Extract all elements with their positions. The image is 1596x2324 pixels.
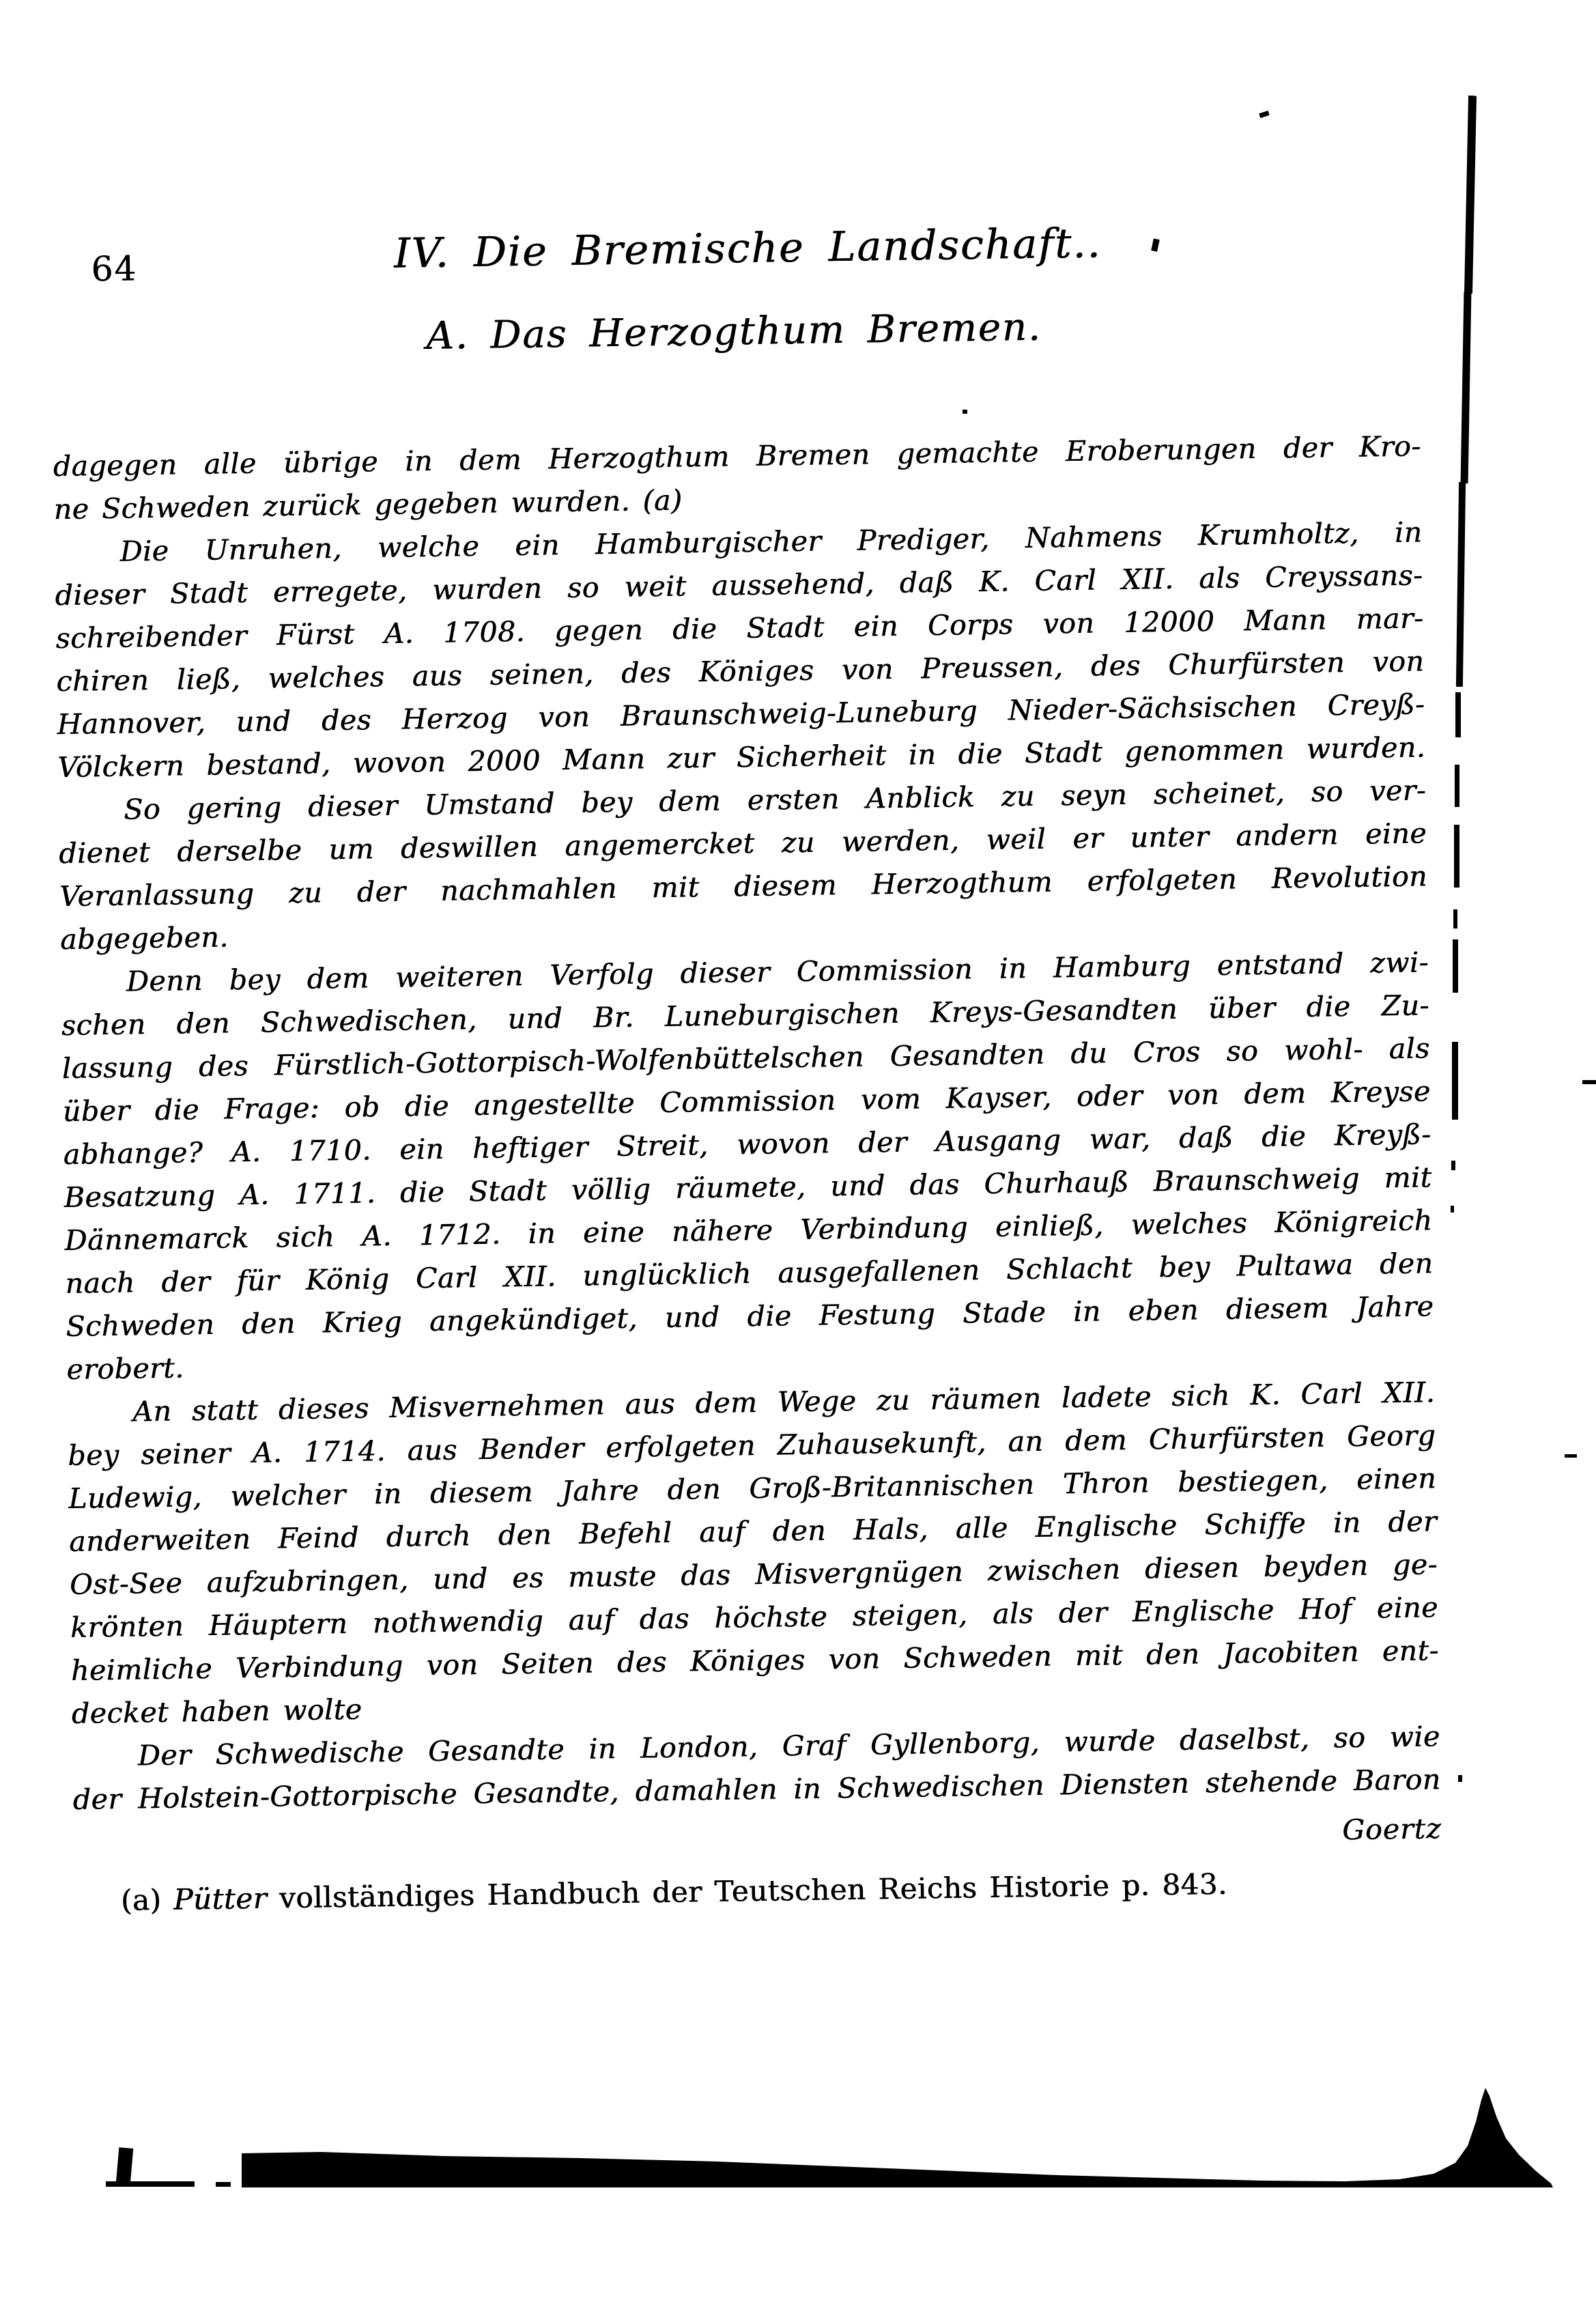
catchword: Goertz [73,1812,1441,1865]
section-title: A. Das Herzogthum Bremen. [51,300,1417,365]
page-content: 64 IV. Die Bremische Landschaft.. A. Das… [0,0,1596,2324]
footnote-text: vollständiges Handbuch der Teutschen Rei… [279,1867,1227,1915]
scan-artifact-speck [1451,1161,1455,1170]
scan-artifact-speck [1565,1454,1577,1458]
scan-artifact-speck [1582,1080,1596,1084]
running-header: IV. Die Bremische Landschaft.. [65,214,1431,283]
scan-artifact-edge-line [1455,692,1461,737]
footnote-marker: (a) [121,1883,162,1917]
scan-artifact-edge-line [1453,939,1458,993]
scan-artifact-edge-line [1455,765,1459,807]
scan-artifact-edge-line [1453,909,1457,929]
scan-artifact-speck [963,410,967,414]
body-text: dagegen alle übrige in dem Herzogthum Br… [53,425,1441,1822]
footnote-author: Pütter [173,1882,268,1916]
scan-artifact-speck [1458,1775,1462,1782]
book-page-scan: 64 IV. Die Bremische Landschaft.. A. Das… [0,0,1596,2324]
scan-artifact-left-mark [106,2181,195,2187]
scan-artifact-speck [1451,1206,1454,1213]
scan-artifact-edge-line [1454,825,1459,888]
scan-artifact-speck [216,2182,231,2187]
footnote: (a) Pütter vollständiges Handbuch der Te… [121,1863,1487,1917]
scan-artifact-edge-line [1452,1042,1458,1120]
